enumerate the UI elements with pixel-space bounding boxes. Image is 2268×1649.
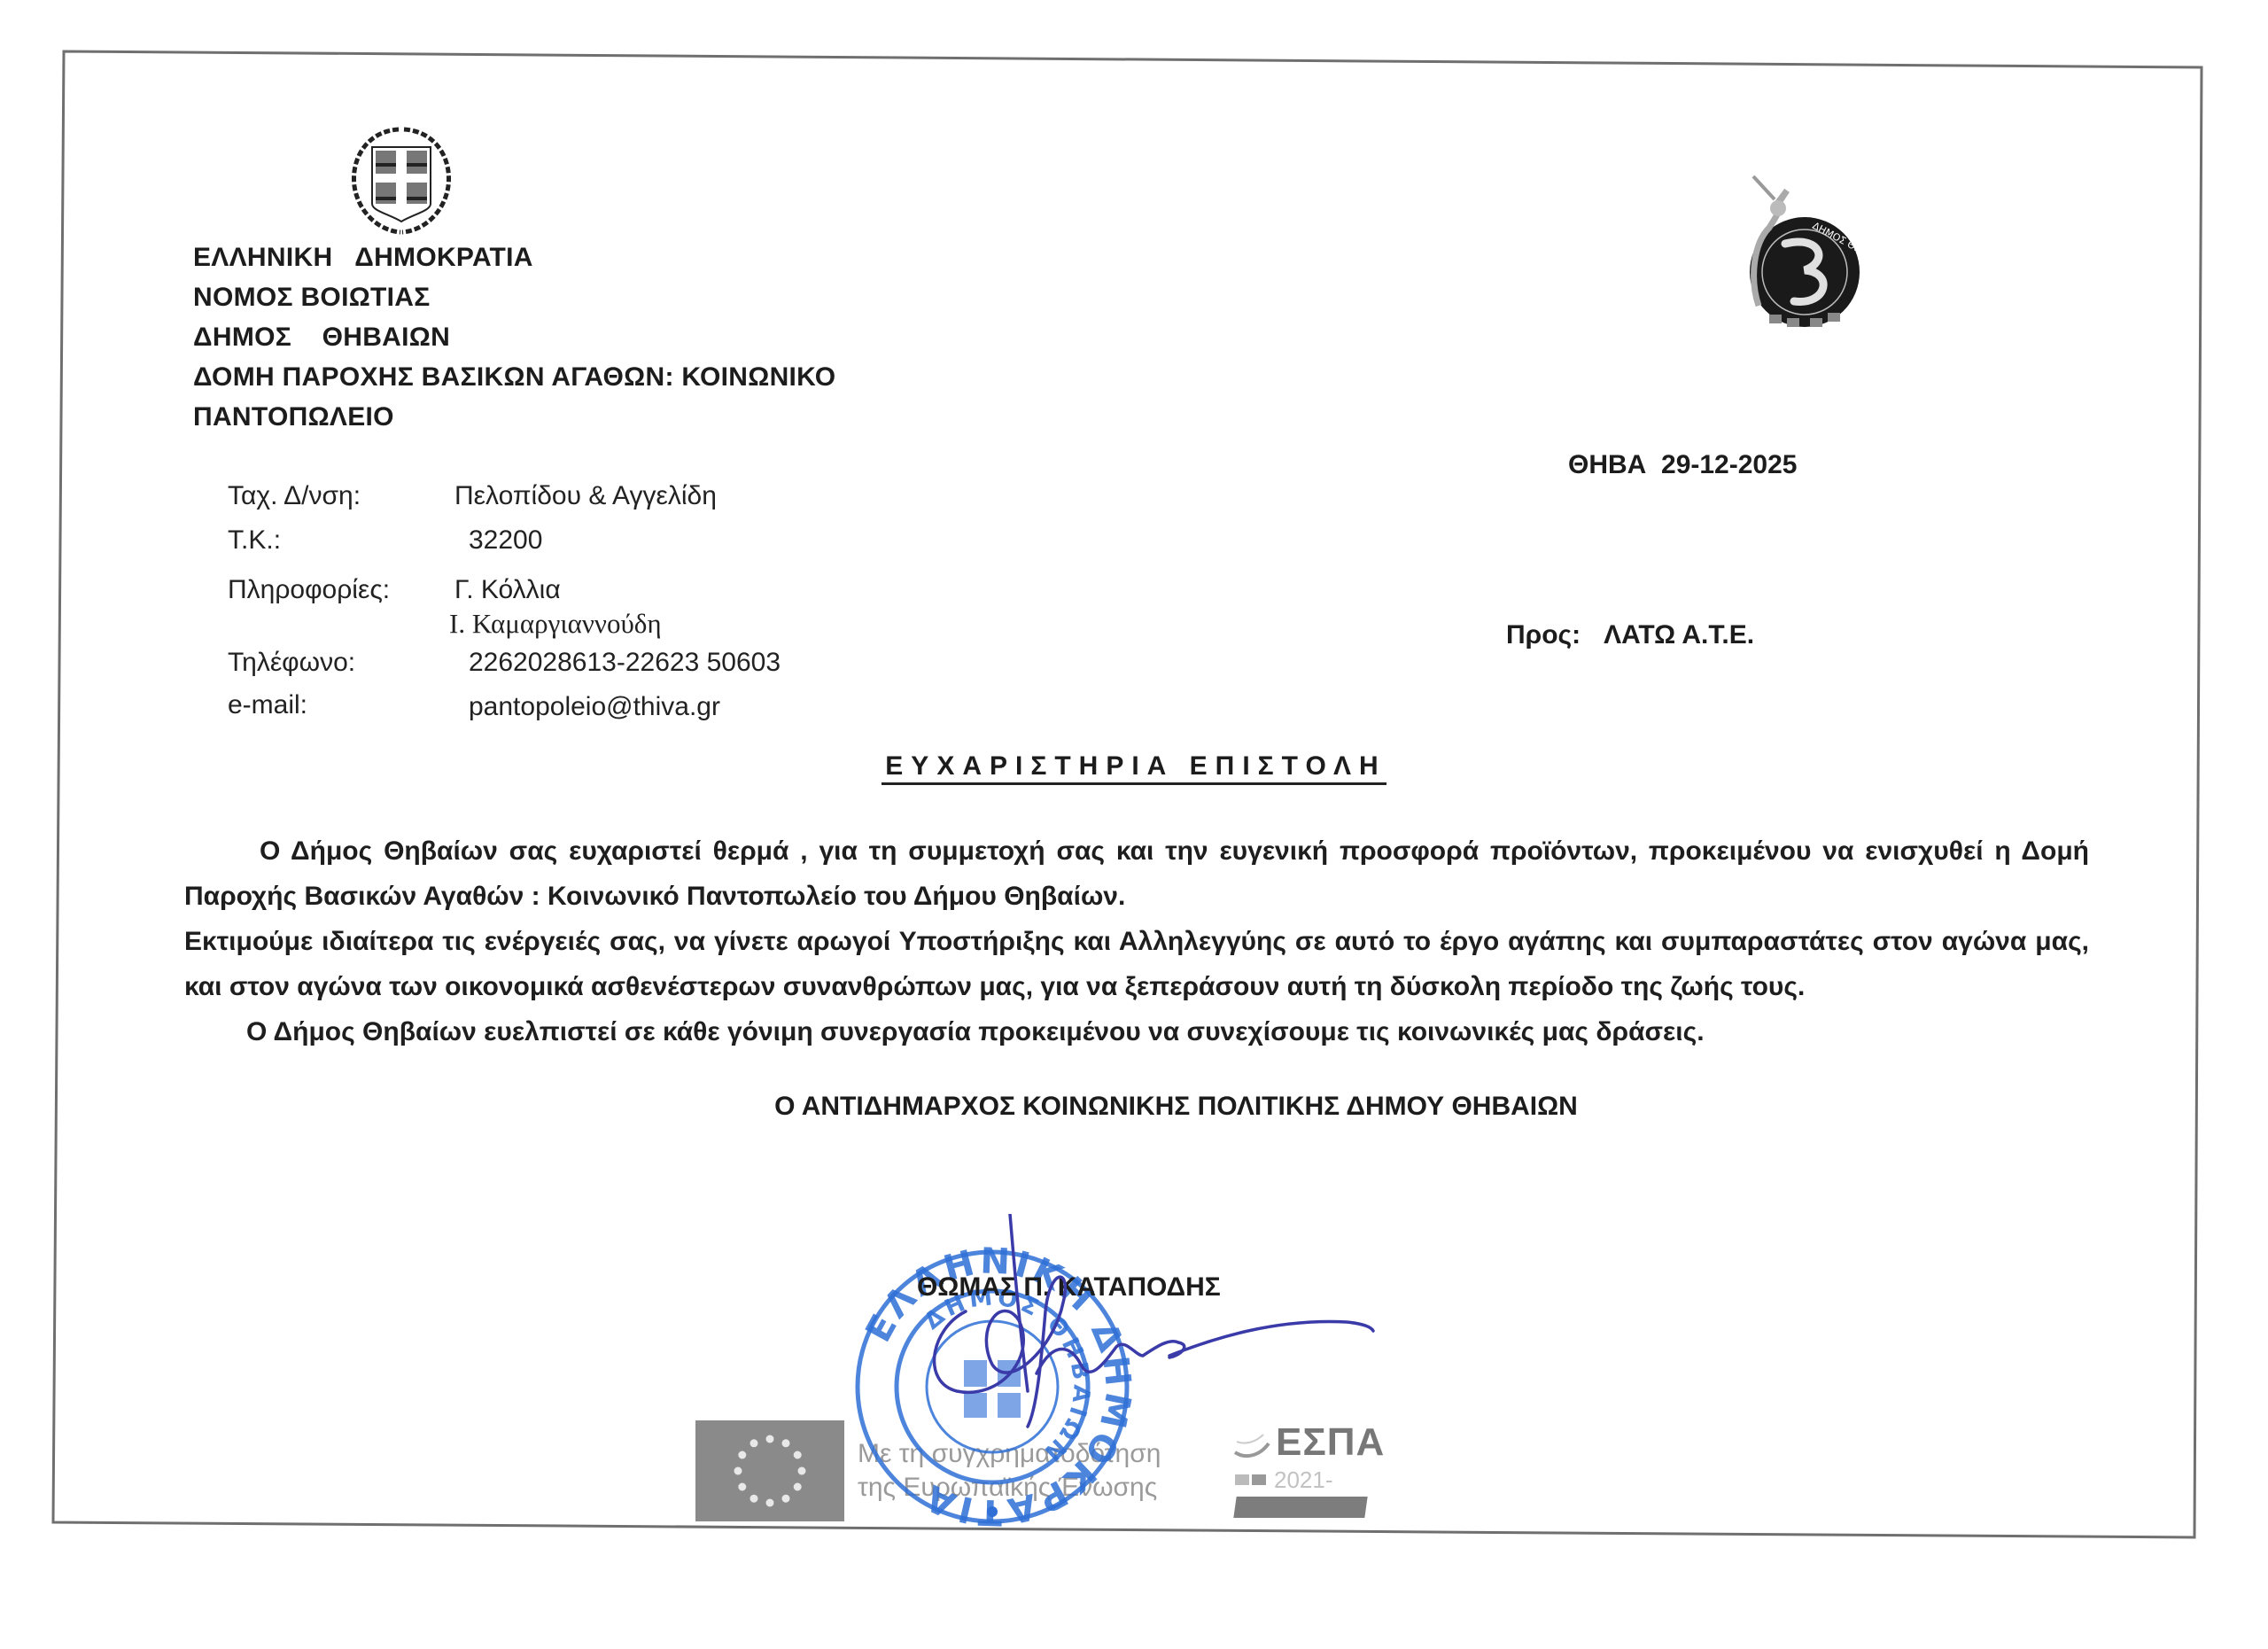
body-paragraph: Ο Δήμος Θηβαίων σας ευχαριστεί θερμά , γ…: [184, 828, 2089, 919]
recipient-label: Προς:: [1506, 620, 1581, 649]
authority-line: ΕΛΛΗΝΙΚΗ ΔΗΜΟΚΡΑΤΙΑ: [193, 237, 835, 277]
date-line: ΘΗΒΑ 29-12-2025: [1568, 450, 1797, 480]
authority-line: ΔΗΜΟΣ ΘΗΒΑΙΩΝ: [193, 317, 835, 357]
date-place: ΘΗΒΑ: [1568, 450, 1646, 479]
recipient-name: ΛΑΤΩ Α.Τ.Ε.: [1604, 620, 1754, 649]
body-paragraph: Ο Δήμος Θηβαίων ευελπιστεί σε κάθε γόνιμ…: [184, 1009, 2089, 1054]
date-value: 29-12-2025: [1661, 450, 1797, 479]
authority-line: ΔΟΜΗ ΠΑΡΟΧΗΣ ΒΑΣΙΚΩΝ ΑΓΑΘΩΝ: ΚΟΙΝΩΝΙΚΟ: [193, 357, 835, 397]
eu-flag-icon: [695, 1420, 844, 1521]
document-title: ΕΥΧΑΡΙΣΤΗΡΙΑ ΕΠΙΣΤΟΛΗ: [0, 751, 2268, 782]
letter-body: Ο Δήμος Θηβαίων σας ευχαριστεί θερμά , γ…: [184, 828, 2089, 1054]
phone-label: Τηλέφωνο:: [228, 641, 355, 685]
postcode-value: 32200: [469, 518, 542, 563]
postcode-label: Τ.Κ.:: [228, 518, 281, 563]
signer-role: Ο ΑΝΤΙΔΗΜΑΡΧΟΣ ΚΟΙΝΩΝΙΚΗΣ ΠΟΛΙΤΙΚΗΣ ΔΗΜΟ…: [0, 1092, 2268, 1122]
handwritten-signature: [904, 1214, 1382, 1435]
address-label: Ταχ. Δ/νση:: [228, 474, 361, 518]
authority-line: ΝΟΜΟΣ ΒΟΙΩΤΙΑΣ: [193, 277, 835, 317]
address-value: Πελοπίδου & Αγγελίδη: [454, 474, 717, 518]
info-value-2: Ι. Καμαργιαννούδη: [449, 602, 662, 646]
phone-value: 2262028613-22623 50603: [469, 641, 781, 685]
authority-line: ΠΑΝΤΟΠΩΛΕΙΟ: [193, 397, 835, 437]
issuing-authority: ΕΛΛΗΝΙΚΗ ΔΗΜΟΚΡΑΤΙΑ ΝΟΜΟΣ ΒΟΙΩΤΙΑΣ ΔΗΜΟΣ…: [193, 237, 835, 437]
email-value[interactable]: pantopoleio@thiva.gr: [469, 685, 720, 729]
greek-coat-of-arms-icon: [346, 122, 457, 237]
flag-squares-icon: [1235, 1474, 1270, 1486]
espa-banner: [1233, 1497, 1367, 1518]
email-label: e-mail:: [228, 683, 307, 727]
info-label: Πληροφορίες:: [228, 568, 390, 612]
municipality-of-thebes-logo-icon: ΔΗΜΟΣ ΘΗΒΑΙΩΝ: [1723, 173, 1865, 341]
espa-logo: ΕΣΠΑ 2021-2027: [1231, 1422, 1382, 1521]
recipient: Προς:ΛΑΤΩ Α.Τ.Ε.: [1506, 620, 1754, 650]
document-title-text: ΕΥΧΑΡΙΣΤΗΡΙΑ ΕΠΙΣΤΟΛΗ: [882, 751, 1386, 785]
body-paragraph: Εκτιμούμε ιδιαίτερα τις ενέργειές σας, ν…: [184, 919, 2089, 1009]
